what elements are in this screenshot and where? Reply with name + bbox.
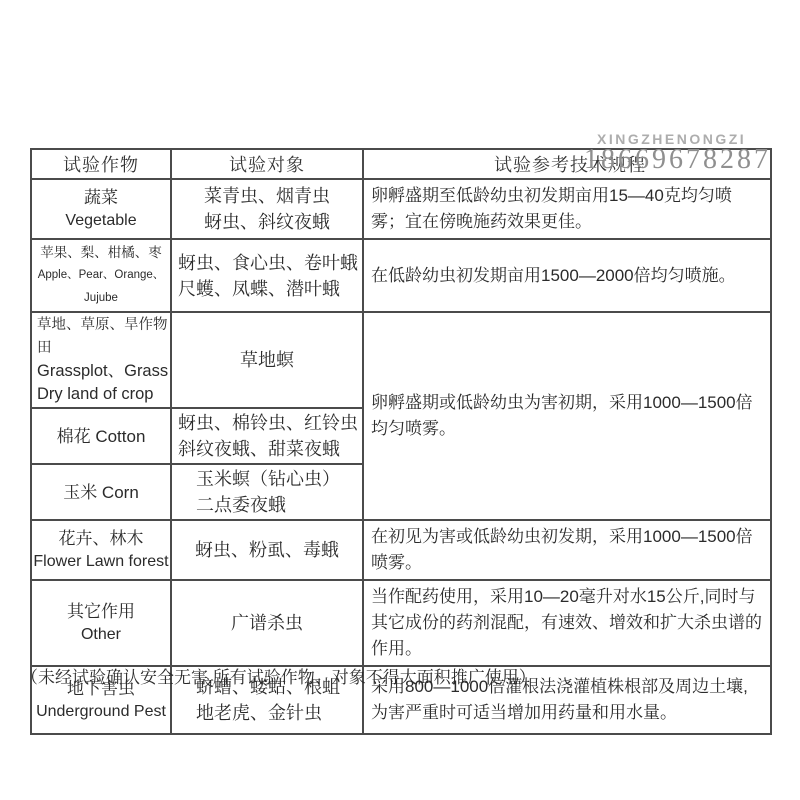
pest-line: 地老虎、金针虫 — [196, 700, 361, 726]
pest-line: 蚜虫、粉虱、毒蛾 — [173, 537, 361, 563]
pest-line: 斜纹夜蛾、甜菜夜蛾 — [178, 436, 361, 462]
table-row-grassland: 草地、草原、旱作物田 Grassplot、Grass Dry land of c… — [31, 312, 771, 408]
crops-table: 试验作物 试验对象 试验参考技术规程 蔬菜 Vegetable 菜青虫、烟青虫 … — [30, 148, 772, 735]
crop-cell: 棉花 Cotton — [31, 408, 171, 464]
crop-name: 玉米 Corn — [33, 481, 169, 504]
crop-cell: 蔬菜 Vegetable — [31, 179, 171, 239]
pests-cell: 蚜虫、食心虫、卷叶蛾 尺蠖、凤蝶、潜叶蛾 — [171, 239, 363, 312]
table-row-other: 其它作用 Other 广谱杀虫 当作配药使用，采用10—20毫升对水15公斤,同… — [31, 580, 771, 666]
pest-line: 菜青虫、烟青虫 — [173, 183, 361, 209]
pest-line: 玉米螟（钻心虫） — [196, 466, 361, 492]
crop-name-cn: 其它作用 — [33, 600, 169, 623]
crop-cell: 其它作用 Other — [31, 580, 171, 666]
footnote: （未经试验确认安全无害,所有试验作物、对象不得大面积推广使用） — [21, 663, 536, 688]
table-row-flower: 花卉、林木 Flower Lawn forest 蚜虫、粉虱、毒蛾 在初见为害或… — [31, 520, 771, 580]
crop-name-en: Apple、Pear、Orange、Jujube — [33, 264, 169, 310]
pests-cell: 蚜虫、粉虱、毒蛾 — [171, 520, 363, 580]
page: XINGZHENONGZI 18669678287 试验作物 试验对象 试验参考… — [0, 0, 800, 800]
table-header-row: 试验作物 试验对象 试验参考技术规程 — [31, 149, 771, 179]
crop-cell: 苹果、梨、柑橘、枣 Apple、Pear、Orange、Jujube — [31, 239, 171, 312]
crop-name-en: Underground Pest — [33, 700, 169, 723]
procedure-cell: 卵孵盛期至低龄幼虫初发期亩用15—40克均匀喷雾；宜在傍晚施药效果更佳。 — [363, 179, 771, 239]
crop-name-cn: 草地、草原、旱作物田 — [37, 314, 169, 360]
crop-cell: 草地、草原、旱作物田 Grassplot、Grass Dry land of c… — [31, 312, 171, 408]
pest-line: 尺蠖、凤蝶、潜叶蛾 — [178, 276, 361, 302]
crop-name: 棉花 Cotton — [33, 425, 169, 448]
crop-name-en: Other — [33, 623, 169, 646]
crop-cell: 花卉、林木 Flower Lawn forest — [31, 520, 171, 580]
procedure-cell: 在初见为害或低龄幼虫初发期，采用1000—1500倍喷雾。 — [363, 520, 771, 580]
pest-line: 蚜虫、食心虫、卷叶蛾 — [178, 250, 361, 276]
procedure-cell: 当作配药使用，采用10—20毫升对水15公斤,同时与其它成份的药剂混配，有速效、… — [363, 580, 771, 666]
crops-table-wrapper: 试验作物 试验对象 试验参考技术规程 蔬菜 Vegetable 菜青虫、烟青虫 … — [30, 148, 772, 735]
pest-line: 草地螟 — [173, 347, 361, 373]
pests-cell: 玉米螟（钻心虫） 二点委夜蛾 — [171, 464, 363, 520]
header-procedure: 试验参考技术规程 — [363, 149, 771, 179]
table-row-vegetable: 蔬菜 Vegetable 菜青虫、烟青虫 蚜虫、斜纹夜蛾 卵孵盛期至低龄幼虫初发… — [31, 179, 771, 239]
procedure-cell-merged: 卵孵盛期或低龄幼虫为害初期，采用1000—1500倍均匀喷雾。 — [363, 312, 771, 520]
crop-name-cn: 花卉、林木 — [33, 527, 169, 550]
crop-name-cn: 蔬菜 — [33, 186, 169, 209]
pests-cell: 广谱杀虫 — [171, 580, 363, 666]
header-target: 试验对象 — [171, 149, 363, 179]
pest-line: 蚜虫、棉铃虫、红铃虫 — [178, 410, 361, 436]
pests-cell: 菜青虫、烟青虫 蚜虫、斜纹夜蛾 — [171, 179, 363, 239]
crop-cell: 玉米 Corn — [31, 464, 171, 520]
pest-line: 二点委夜蛾 — [196, 492, 361, 518]
crop-name-en: Grassplot、Grass — [37, 360, 169, 383]
crop-name-en: Flower Lawn forest — [33, 550, 169, 573]
pests-cell: 蚜虫、棉铃虫、红铃虫 斜纹夜蛾、甜菜夜蛾 — [171, 408, 363, 464]
crop-name-en: Vegetable — [33, 209, 169, 232]
procedure-cell: 在低龄幼虫初发期亩用1500—2000倍均匀喷施。 — [363, 239, 771, 312]
crop-name-cn: 苹果、梨、柑橘、枣 — [33, 241, 169, 264]
watermark-brand: XINGZHENONGZI — [597, 131, 746, 147]
pest-line: 蚜虫、斜纹夜蛾 — [173, 209, 361, 235]
header-crop: 试验作物 — [31, 149, 171, 179]
pests-cell: 草地螟 — [171, 312, 363, 408]
table-row-fruit: 苹果、梨、柑橘、枣 Apple、Pear、Orange、Jujube 蚜虫、食心… — [31, 239, 771, 312]
crop-name-en: Dry land of crop — [37, 383, 169, 406]
pest-line: 广谱杀虫 — [173, 610, 361, 636]
